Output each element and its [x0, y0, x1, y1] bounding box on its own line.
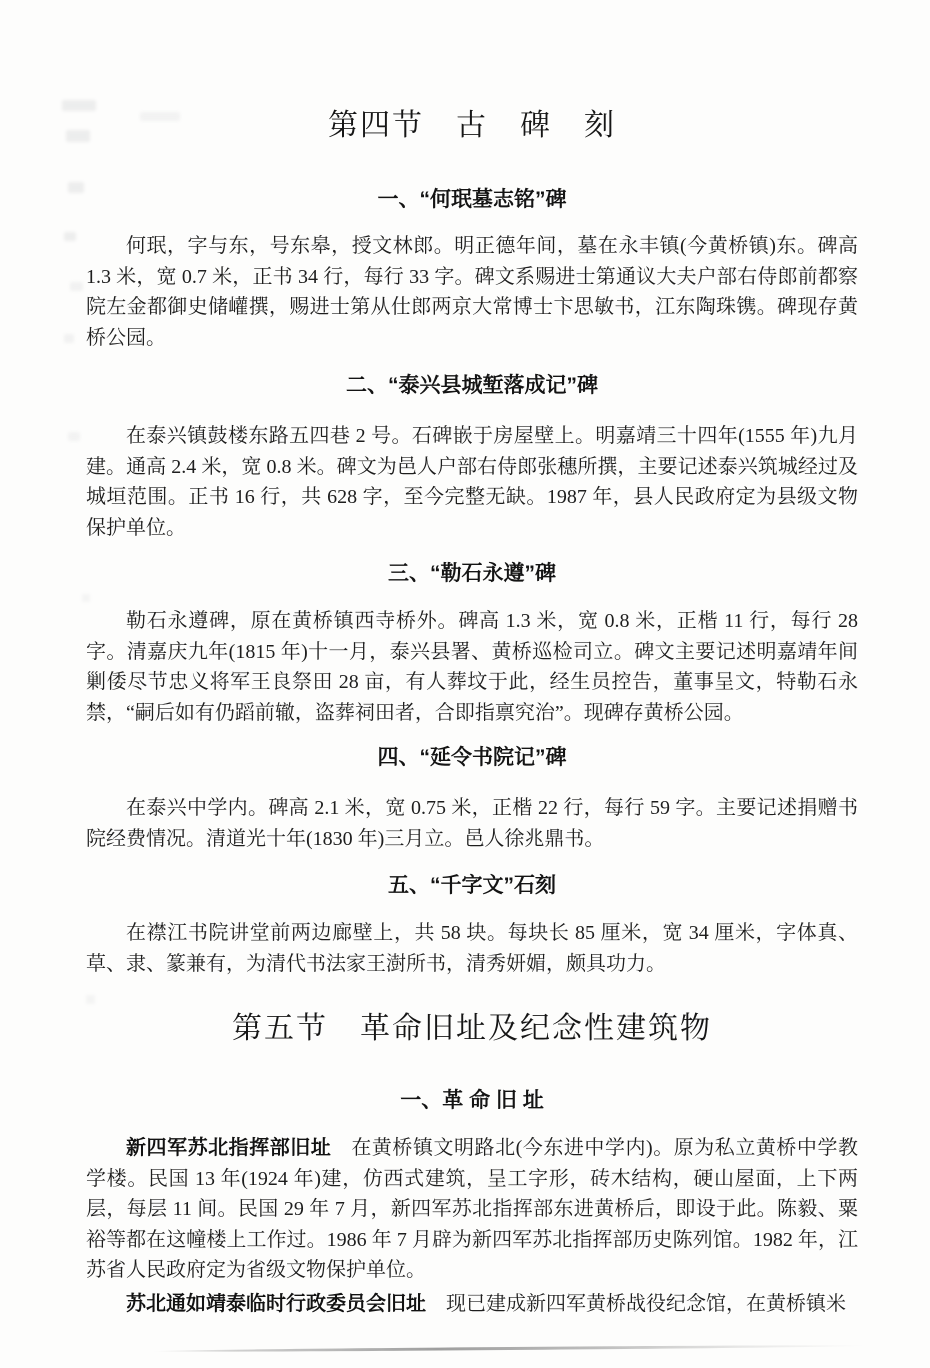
subsection-heading-thousand-character-carving: 五、“千字文”石刻: [86, 871, 858, 901]
entry-lead-subei-committee-site: 苏北通如靖泰临时行政委员会旧址: [126, 1293, 426, 1315]
section-5-title: 第五节 革命旧址及纪念性建筑物: [86, 1009, 858, 1049]
section-4-title: 第四节 古 碑 刻: [86, 106, 858, 146]
scan-artifact-smudge: [70, 282, 83, 291]
paragraph-city-moat-stele: 在泰兴镇鼓楼东路五四巷 2 号。石碑嵌于房屋壁上。明嘉靖三十四年(1555 年)…: [86, 421, 858, 543]
scan-artifact-smudge: [68, 182, 84, 193]
paragraph-leshi-stele: 勒石永遵碑，原在黄桥镇西寺桥外。碑高 1.3 米，宽 0.8 米，正楷 11 行…: [86, 606, 858, 728]
subsection-heading-city-moat-stele: 二、“泰兴县城堑落成记”碑: [86, 371, 858, 401]
subsection-heading-yanling-academy-stele: 四、“延令书院记”碑: [86, 743, 858, 773]
subsection-heading-leshi-stele: 三、“勒石永遵”碑: [86, 559, 858, 589]
paragraph-subei-committee-site: 苏北通如靖泰临时行政委员会旧址现已建成新四军黄桥战役纪念馆，在黄桥镇米: [86, 1289, 858, 1320]
scan-artifact-smudge: [68, 432, 80, 441]
scan-artifact-smudge: [64, 232, 76, 241]
paragraph-n4a-headquarters: 新四军苏北指挥部旧址在黄桥镇文明路北(今东进中学内)。原为私立黄桥中学教学楼。民…: [86, 1133, 858, 1286]
subsection-heading-hemin-stele: 一、“何珉墓志铭”碑: [86, 185, 858, 215]
entry-lead-n4a-headquarters: 新四军苏北指挥部旧址: [126, 1137, 331, 1159]
text-column: 第四节 古 碑 刻 一、“何珉墓志铭”碑 何珉，字与东，号东皋，授文林郎。明正德…: [86, 0, 858, 1319]
scan-artifact-bottom-curve: [152, 1344, 866, 1353]
entry-body-subei-committee-site: 现已建成新四军黄桥战役纪念馆，在黄桥镇米: [446, 1293, 846, 1315]
paragraph-thousand-character-carving: 在襟江书院讲堂前两边廊壁上，共 58 块。每块长 85 厘米，宽 34 厘米，字…: [86, 918, 858, 979]
scan-artifact-smudge: [64, 334, 74, 343]
paragraph-yanling-academy-stele: 在泰兴中学内。碑高 2.1 米，宽 0.75 米，正楷 22 行，每行 59 字…: [86, 793, 858, 854]
subsection-heading-revolutionary-sites: 一、革 命 旧 址: [86, 1086, 858, 1116]
scanned-book-page: 第四节 古 碑 刻 一、“何珉墓志铭”碑 何珉，字与东，号东皋，授文林郎。明正德…: [0, 0, 930, 1368]
paragraph-hemin-stele: 何珉，字与东，号东皋，授文林郎。明正德年间，墓在永丰镇(今黄桥镇)东。碑高 1.…: [86, 231, 858, 353]
